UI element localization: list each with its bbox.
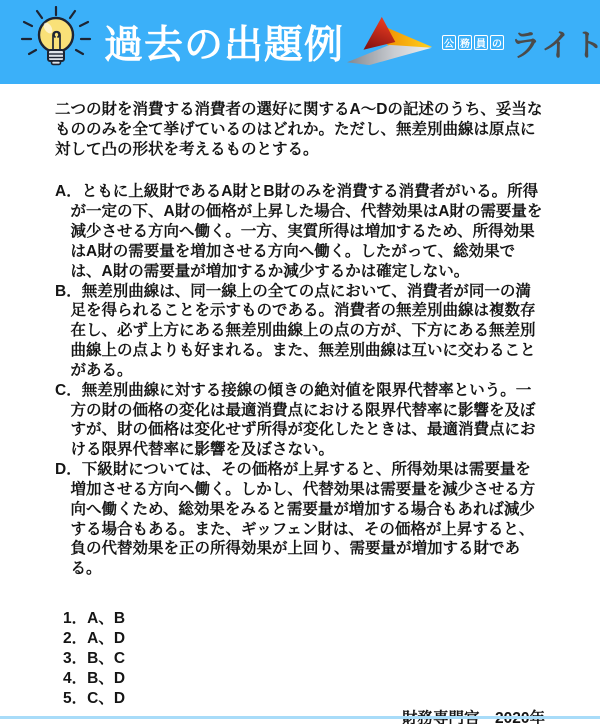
- page: 過去の出題例 公: [0, 0, 600, 724]
- statement-text: ともに上級財であるA財とB財のみを消費する消費者がいる。所得が一定の下、A財の価…: [71, 183, 543, 279]
- footer-accent-line: [0, 716, 600, 719]
- choice-pair: A、D: [87, 630, 125, 647]
- statement-label: A．: [55, 183, 82, 200]
- question-body: 二つの財を消費する消費者の選好に関するA〜Dの記述のうち、妥当なもののみを全て挙…: [0, 84, 600, 724]
- logo-prefix: 公 務 員 の: [442, 35, 506, 50]
- choice-4: 4．B、D: [63, 669, 545, 689]
- statement-label: D．: [55, 461, 82, 478]
- statement-b: B．無差別曲線は、同一線上の全ての点において、消費者が同一の満足を得られることを…: [55, 282, 545, 381]
- choice-pair: B、C: [87, 650, 125, 667]
- logo: 公 務 員 の ライト: [344, 15, 600, 69]
- choice-pair: A、B: [87, 610, 125, 627]
- choice-5: 5．C、D: [63, 689, 545, 709]
- choice-3: 3．B、C: [63, 649, 545, 669]
- statement-text: 無差別曲線に対する接線の傾きの絶対値を限界代替率という。一方の財の価格の変化は最…: [71, 382, 536, 458]
- statement-label: C．: [55, 382, 82, 399]
- logo-name: ライト: [510, 20, 600, 65]
- choice-pair: C、D: [87, 690, 125, 707]
- statement-text: 無差別曲線は、同一線上の全ての点において、消費者が同一の満足を得られることを示す…: [71, 283, 536, 379]
- statement-a: A．ともに上級財であるA財とB財のみを消費する消費者がいる。所得が一定の下、A財…: [55, 182, 545, 281]
- statement-label: B．: [55, 283, 82, 300]
- logo-prefix-char: の: [490, 35, 504, 50]
- lightbulb-icon: [20, 6, 92, 78]
- origami-bird-icon: [344, 15, 436, 69]
- statement-text: 下級財については、その価格が上昇すると、所得効果は需要量を増加させる方向へ働く。…: [71, 461, 536, 577]
- statement-c: C．無差別曲線に対する接線の傾きの絶対値を限界代替率という。一方の財の価格の変化…: [55, 381, 545, 460]
- logo-prefix-char: 公: [442, 35, 456, 50]
- choice-pair: B、D: [87, 670, 125, 687]
- choice-number: 5．: [63, 690, 87, 707]
- choice-2: 2．A、D: [63, 629, 545, 649]
- choice-number: 3．: [63, 650, 87, 667]
- statement-d: D．下級財については、その価格が上昇すると、所得効果は需要量を増加させる方向へ働…: [55, 460, 545, 579]
- choice-number: 1．: [63, 610, 87, 627]
- statement-list: A．ともに上級財であるA財とB財のみを消費する消費者がいる。所得が一定の下、A財…: [55, 182, 545, 579]
- header: 過去の出題例 公: [0, 0, 600, 84]
- question-intro: 二つの財を消費する消費者の選好に関するA〜Dの記述のうち、妥当なもののみを全て挙…: [55, 100, 545, 159]
- choice-number: 2．: [63, 630, 87, 647]
- choice-1: 1．A、B: [63, 609, 545, 629]
- logo-prefix-char: 務: [458, 35, 472, 50]
- page-title: 過去の出題例: [104, 14, 344, 70]
- choice-number: 4．: [63, 670, 87, 687]
- logo-prefix-char: 員: [474, 35, 488, 50]
- choice-list: 1．A、B 2．A、D 3．B、C 4．B、D 5．C、D: [55, 609, 545, 709]
